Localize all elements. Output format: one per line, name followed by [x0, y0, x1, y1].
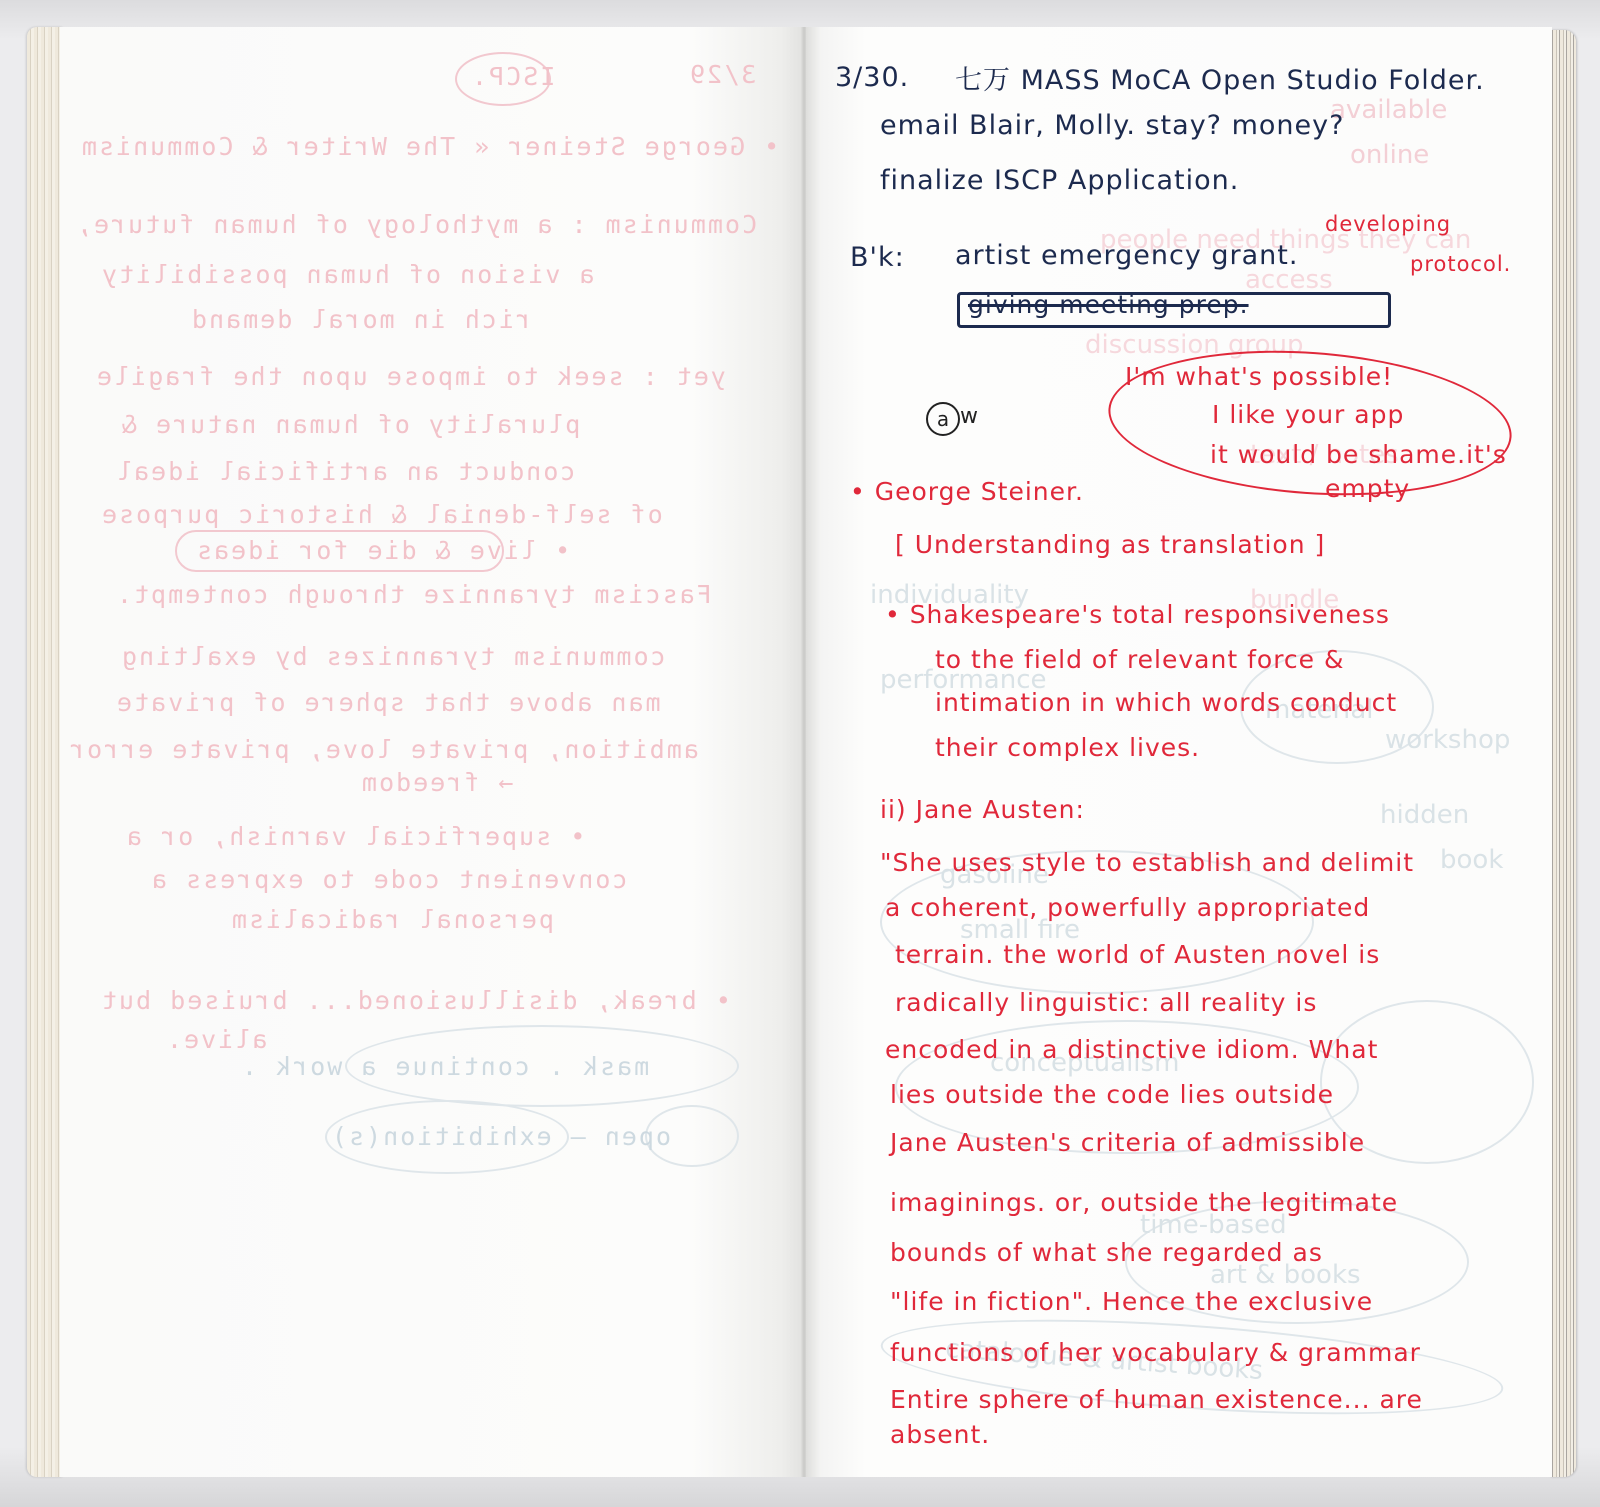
bleed-line: personal radicalism: [230, 905, 554, 934]
bleed-line: Communism : a mythology of human future,: [75, 210, 757, 239]
ghost-line: mask . continue a work .: [240, 1052, 649, 1081]
quote-line: a coherent, powerfully appropriated: [885, 893, 1370, 922]
quote-line: bounds of what she regarded as: [890, 1238, 1323, 1267]
bubble-line: it would be shame.it's: [1210, 440, 1507, 469]
ghost-word: available: [1330, 95, 1447, 125]
todo-prefix: B'k:: [850, 242, 905, 273]
bleed-line: • superficial varnish, or a: [125, 822, 585, 851]
bleed-line: of self-denial & historic purpose: [100, 500, 663, 529]
circled-letter: a: [937, 407, 949, 431]
entry-date: 3/30.: [835, 62, 909, 93]
bleed-line: plurality of human nature &: [120, 410, 580, 439]
bleed-circled-iscp: ISCP.: [470, 62, 555, 91]
bleed-line: convenient code to express a: [150, 865, 627, 894]
page-stack-left: [27, 27, 63, 1477]
bleed-line: rich in moral demand: [190, 305, 531, 334]
bubble-line: I like your app: [1212, 400, 1404, 429]
note-heading: • George Steiner.: [850, 477, 1084, 506]
quote-line: encoded in a distinctive idiom. What: [885, 1035, 1378, 1064]
quote-line: "life in fiction". Hence the exclusive: [890, 1287, 1373, 1316]
bleed-line: alive.: [165, 1025, 267, 1054]
bubble-line: I'm what's possible!: [1125, 362, 1393, 391]
quote-line: radically linguistic: all reality is: [895, 988, 1317, 1017]
bleed-date: 3/29: [688, 60, 756, 89]
quote-line: "She uses style to establish and delimit: [880, 848, 1414, 877]
todo-email: email Blair, Molly. stay? money?: [880, 110, 1344, 141]
struck-todo: giving meeting prep.: [968, 290, 1249, 319]
bleed-boxed-line: • live & die for ideas: [195, 536, 570, 565]
quote-line: absent.: [890, 1420, 990, 1449]
margin-note-protocol: protocol.: [1410, 252, 1511, 276]
note-line: • Shakespeare's total responsiveness: [885, 600, 1390, 629]
todo-mass-moca: 七万 MASS MoCA Open Studio Folder.: [955, 58, 1485, 97]
bleed-line: Fascism tyrannize through contempt.: [115, 580, 712, 609]
note-subheading: [ Understanding as translation ]: [895, 530, 1325, 559]
todo-iscp: finalize ISCP Application.: [880, 165, 1239, 196]
bleed-line: conduct an artificial ideal: [115, 457, 575, 486]
bleed-line: → freedom: [360, 768, 513, 797]
bleed-line: • break, disillusioned... bruised but: [100, 986, 731, 1015]
circled-a-icon: a: [926, 402, 960, 436]
ghost-word: hidden: [1380, 800, 1469, 830]
quote-line: lies outside the code lies outside: [890, 1080, 1334, 1109]
ghost-word: workshop: [1385, 725, 1510, 755]
circled-suffix: w: [960, 404, 979, 429]
note-line: intimation in which words conduct: [935, 688, 1397, 717]
bubble-line: empty: [1325, 474, 1410, 503]
bleed-line: a vision of human possibility: [100, 260, 595, 289]
margin-note-developing: developing: [1325, 212, 1451, 236]
bleed-line: yet : seek to impose upon the fragile: [95, 362, 726, 391]
bleed-line: • George Steiner « The Writer & Communis…: [80, 132, 779, 161]
ghost-word: online: [1350, 140, 1429, 170]
ghost-line: open — exhibition(s): [330, 1122, 671, 1151]
quote-line: functions of her vocabulary & grammar: [890, 1338, 1421, 1367]
page-stack-right: [1550, 30, 1576, 1477]
quote-line: Jane Austen's criteria of admissible: [890, 1128, 1365, 1157]
quote-line: Entire sphere of human existence... are: [890, 1385, 1423, 1414]
bleed-line: communism tyrannizes by exalting: [120, 642, 666, 671]
todo-grant: artist emergency grant.: [955, 240, 1298, 271]
note-line: their complex lives.: [935, 733, 1200, 762]
bleed-line: ambition, private love, private error: [68, 735, 699, 764]
note-austen-heading: ii) Jane Austen:: [880, 795, 1085, 824]
bleed-line: man above that sphere of private: [115, 688, 661, 717]
quote-line: imaginings. or, outside the legitimate: [890, 1188, 1398, 1217]
ghost-word: book: [1440, 845, 1503, 875]
note-line: to the field of relevant force &: [935, 645, 1345, 674]
quote-line: terrain. the world of Austen novel is: [895, 940, 1380, 969]
